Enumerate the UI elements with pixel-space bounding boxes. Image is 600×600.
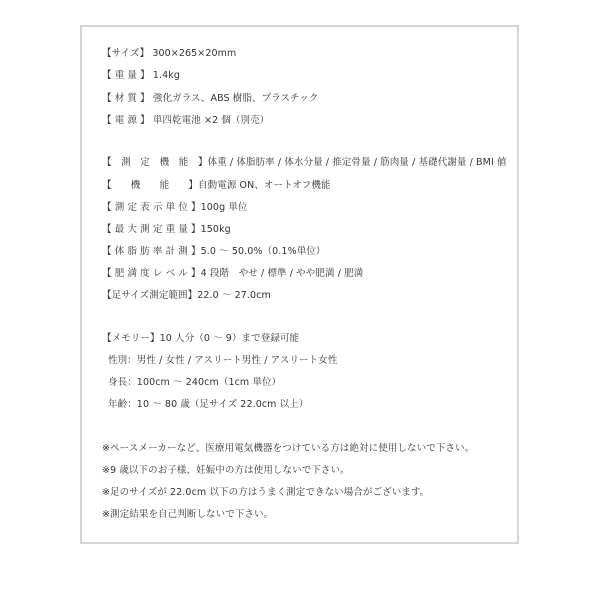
- spec-size: 【サイズ】 300×265×20mm: [102, 48, 236, 60]
- spec-label: 【 体 脂 肪 率 計 測 】: [102, 246, 201, 257]
- spec-obesity-level: 【 肥 満 度 レ ベ ル 】4 段階 やせ / 標準 / やや肥満 / 肥満: [102, 268, 363, 280]
- spec-value: 4 段階 やせ / 標準 / やや肥満 / 肥満: [201, 268, 364, 279]
- spec-label: 【サイズ】: [102, 48, 149, 59]
- spec-body-fat: 【 体 脂 肪 率 計 測 】5.0 ～ 50.0%（0.1%単位）: [102, 246, 326, 258]
- spec-display-unit: 【 測 定 表 示 単 位 】100g 単位: [102, 202, 248, 214]
- spec-value: 100g 単位: [201, 202, 248, 213]
- spec-label: 【メモリー】: [102, 333, 160, 344]
- spec-functions: 【 機 能 】自動電源 ON、オートオフ機能: [102, 180, 331, 192]
- spec-value: 150kg: [201, 224, 231, 235]
- spec-label: 【 重 量 】: [102, 70, 150, 81]
- spec-memory: 【メモリー】10 人分（0 ～ 9）まで登録可能: [102, 333, 299, 345]
- spec-value: 強化ガラス、ABS 樹脂、プラスチック: [153, 93, 319, 104]
- spec-label: 【 機 能 】: [102, 180, 198, 191]
- spec-label: 【 最 大 測 定 重 量 】: [102, 224, 201, 235]
- note-self-judgment: ※測定結果を自己判断しないで下さい。: [102, 509, 273, 521]
- spec-value: 300×265×20mm: [152, 48, 236, 59]
- spec-value: 5.0 ～ 50.0%（0.1%単位）: [201, 246, 326, 257]
- spec-label: 【 測 定 機 能 】: [102, 157, 208, 168]
- spec-power: 【 電 源 】 単四乾電池 ×2 個（別売）: [102, 115, 269, 127]
- spec-foot-size: 【足サイズ測定範囲】22.0 ～ 27.0cm: [102, 290, 271, 302]
- spec-label: 【足サイズ測定範囲】: [102, 290, 197, 301]
- memory-age: 年齢：10 ～ 80 歳（足サイズ 22.0cm 以上）: [108, 399, 308, 411]
- spec-value: 22.0 ～ 27.0cm: [197, 290, 271, 301]
- spec-label: 【 電 源 】: [102, 115, 150, 126]
- spec-value: 自動電源 ON、オートオフ機能: [198, 180, 331, 191]
- spec-label: 【 肥 満 度 レ ベ ル 】: [102, 268, 201, 279]
- memory-gender: 性別：男性 / 女性 / アスリート男性 / アスリート女性: [108, 355, 337, 367]
- spec-material: 【 材 質 】 強化ガラス、ABS 樹脂、プラスチック: [102, 93, 318, 105]
- spec-value: 10 人分（0 ～ 9）まで登録可能: [160, 333, 300, 344]
- note-pacemaker: ※ペースメーカーなど、医療用電気機器をつけている方は絶対に使用しないで下さい。: [102, 443, 474, 455]
- memory-height: 身長：100cm ～ 240cm（1cm 単位）: [108, 377, 281, 389]
- spec-label: 【 材 質 】: [102, 93, 150, 104]
- spec-max-weight: 【 最 大 測 定 重 量 】150kg: [102, 224, 231, 236]
- note-children-pregnant: ※9 歳以下のお子様、妊娠中の方は使用しないで下さい。: [102, 465, 350, 477]
- note-foot-size: ※足のサイズが 22.0cm 以下の方はうまく測定できない場合がございます。: [102, 487, 429, 499]
- spec-value: 1.4kg: [153, 70, 180, 81]
- spec-weight: 【 重 量 】 1.4kg: [102, 70, 180, 82]
- spec-value: 単四乾電池 ×2 個（別売）: [153, 115, 269, 126]
- spec-label: 【 測 定 表 示 単 位 】: [102, 202, 201, 213]
- spec-value: 体重 / 体脂肪率 / 体水分量 / 推定骨量 / 筋肉量 / 基礎代謝量 / …: [208, 157, 507, 168]
- spec-measure-functions: 【 測 定 機 能 】体重 / 体脂肪率 / 体水分量 / 推定骨量 / 筋肉量…: [102, 157, 507, 169]
